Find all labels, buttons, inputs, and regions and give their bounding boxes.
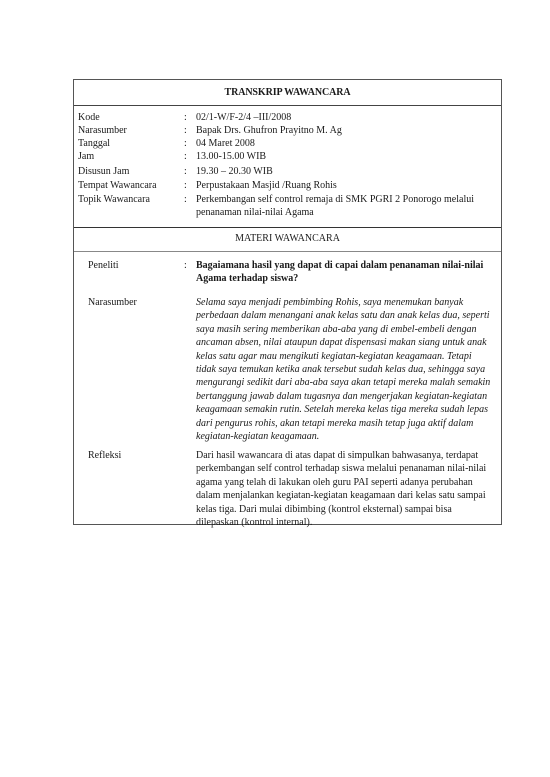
metadata-colon: : [184, 150, 187, 163]
metadata-colon: : [184, 165, 187, 178]
entry-label: Refleksi [88, 449, 121, 462]
interview-transcript-table: TRANSKRIP WAWANCARA Kode : 02/1-W/F-2/4 … [73, 79, 502, 525]
metadata-label: Disusun Jam [78, 165, 129, 178]
metadata-value: 02/1-W/F-2/4 –III/2008 [196, 111, 486, 124]
entry-reflection: Dari hasil wawancara di atas dapat di si… [196, 449, 494, 529]
entry-label: Narasumber [88, 296, 137, 309]
metadata-label: Jam [78, 150, 94, 163]
metadata-colon: : [184, 124, 187, 137]
metadata-value: 04 Maret 2008 [196, 137, 486, 150]
metadata-colon: : [184, 111, 187, 124]
metadata-section: Kode : 02/1-W/F-2/4 –III/2008 Narasumber… [74, 105, 501, 228]
metadata-label: Tempat Wawancara [78, 179, 157, 192]
metadata-label: Topik Wawancara [78, 193, 150, 206]
metadata-colon: : [184, 137, 187, 150]
document-title: TRANSKRIP WAWANCARA [74, 80, 501, 106]
metadata-value: Perpustakaan Masjid /Ruang Rohis [196, 179, 486, 192]
metadata-value: Bapak Drs. Ghufron Prayitno M. Ag [196, 124, 486, 137]
metadata-label: Narasumber [78, 124, 127, 137]
metadata-value: 19.30 – 20.30 WIB [196, 165, 486, 178]
metadata-label: Kode [78, 111, 100, 124]
metadata-label: Tanggal [78, 137, 110, 150]
entry-label: Peneliti [88, 259, 119, 272]
entry-answer: Selama saya menjadi pembimbing Rohis, sa… [196, 296, 494, 443]
entry-colon: : [184, 259, 187, 272]
entry-question: Bagaiamana hasil yang dapat di capai dal… [196, 259, 494, 286]
metadata-value: 13.00-15.00 WIB [196, 150, 486, 163]
metadata-value: Perkembangan self control remaja di SMK … [196, 193, 486, 219]
section-title: MATERI WAWANCARA [74, 227, 501, 252]
metadata-colon: : [184, 193, 187, 206]
metadata-colon: : [184, 179, 187, 192]
